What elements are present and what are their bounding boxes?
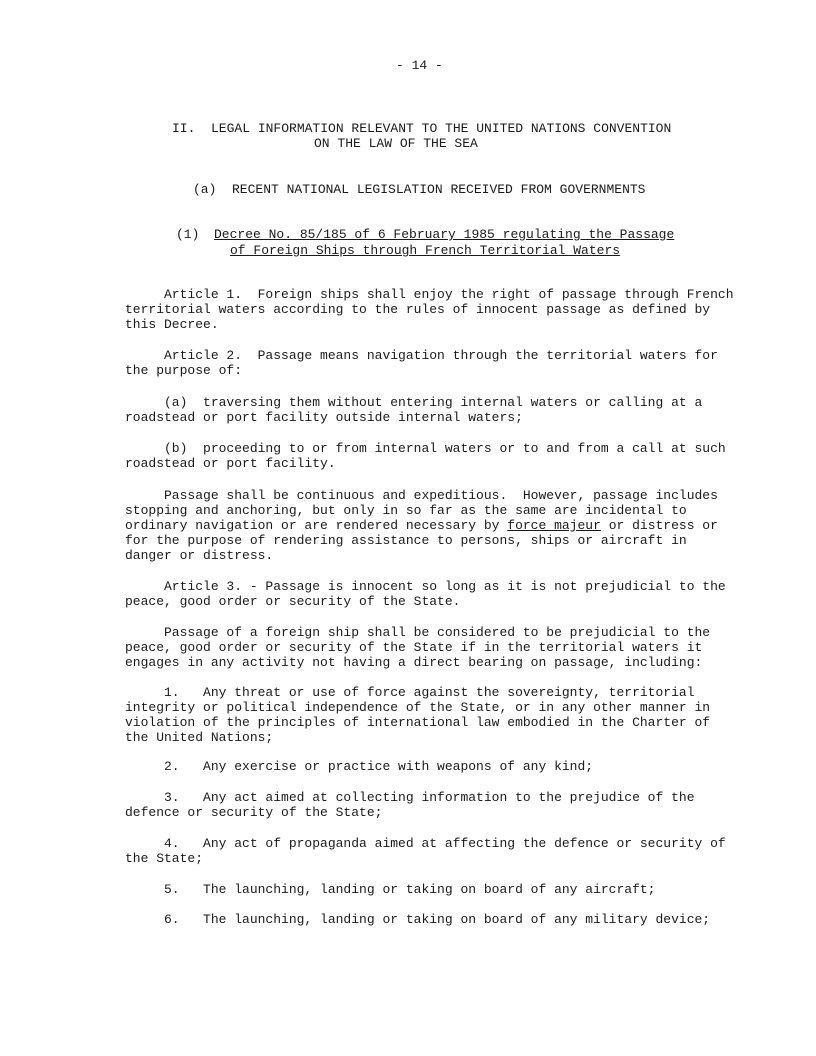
list-item-1-line4: the United Nations; <box>125 730 273 745</box>
article3-line1: Article 3. - Passage is innocent so long… <box>125 579 726 594</box>
passage-line1: Passage shall be continuous and expediti… <box>125 488 718 503</box>
force-majeur-term: force majeur <box>507 518 601 533</box>
article1-line3: this Decree. <box>125 317 219 332</box>
list-item-3-line2: defence or security of the State; <box>125 805 382 820</box>
subheading: (a) RECENT NATIONAL LEGISLATION RECEIVED… <box>193 182 645 197</box>
prejudicial-line1: Passage of a foreign ship shall be consi… <box>125 625 710 640</box>
list-item-1-line3: violation of the principles of internati… <box>125 715 710 730</box>
page-number: - 14 - <box>396 58 443 73</box>
document-page: - 14 - II. LEGAL INFORMATION RELEVANT TO… <box>0 0 816 1056</box>
passage-line3-text: ordinary navigation or are rendered nece… <box>125 518 507 533</box>
item-a-line1: (a) traversing them without entering int… <box>125 395 702 410</box>
list-item-1-line1: 1. Any threat or use of force against th… <box>125 685 695 700</box>
decree-title-line1: Decree No. 85/185 of 6 February 1985 reg… <box>214 227 674 242</box>
article3-line2: peace, good order or security of the Sta… <box>125 594 460 609</box>
decree-title-prefix: (1) <box>176 227 207 242</box>
list-item-4-line2: the State; <box>125 851 203 866</box>
list-item-3-line1: 3. Any act aimed at collecting informati… <box>125 790 695 805</box>
list-item-1-line2: integrity or political independence of t… <box>125 700 710 715</box>
passage-line3: ordinary navigation or are rendered nece… <box>125 518 718 533</box>
article1-line1: Article 1. Foreign ships shall enjoy the… <box>125 287 734 302</box>
passage-line3-tail: or distress or <box>601 518 718 533</box>
prejudicial-line2: peace, good order or security of the Sta… <box>125 640 702 655</box>
list-item-6: 6. The launching, landing or taking on b… <box>125 912 710 927</box>
section-heading-line1: II. LEGAL INFORMATION RELEVANT TO THE UN… <box>172 121 671 136</box>
passage-line2: stopping and anchoring, but only in so f… <box>125 503 687 518</box>
item-b-line1: (b) proceeding to or from internal water… <box>125 441 726 456</box>
list-item-5: 5. The launching, landing or taking on b… <box>125 882 656 897</box>
list-item-2: 2. Any exercise or practice with weapons… <box>125 759 593 774</box>
article1-line2: territorial waters according to the rule… <box>125 302 710 317</box>
article2-line1: Article 2. Passage means navigation thro… <box>125 348 718 363</box>
passage-line5: danger or distress. <box>125 548 273 563</box>
article2-line2: the purpose of: <box>125 363 242 378</box>
passage-line4: for the purpose of rendering assistance … <box>125 533 687 548</box>
decree-title-line2: of Foreign Ships through French Territor… <box>230 243 620 258</box>
list-item-4-line1: 4. Any act of propaganda aimed at affect… <box>125 836 726 851</box>
prejudicial-line3: engages in any activity not having a dir… <box>125 655 702 670</box>
section-heading-line2: ON THE LAW OF THE SEA <box>314 136 478 151</box>
item-a-line2: roadstead or port facility outside inter… <box>125 410 523 425</box>
item-b-line2: roadstead or port facility. <box>125 456 336 471</box>
